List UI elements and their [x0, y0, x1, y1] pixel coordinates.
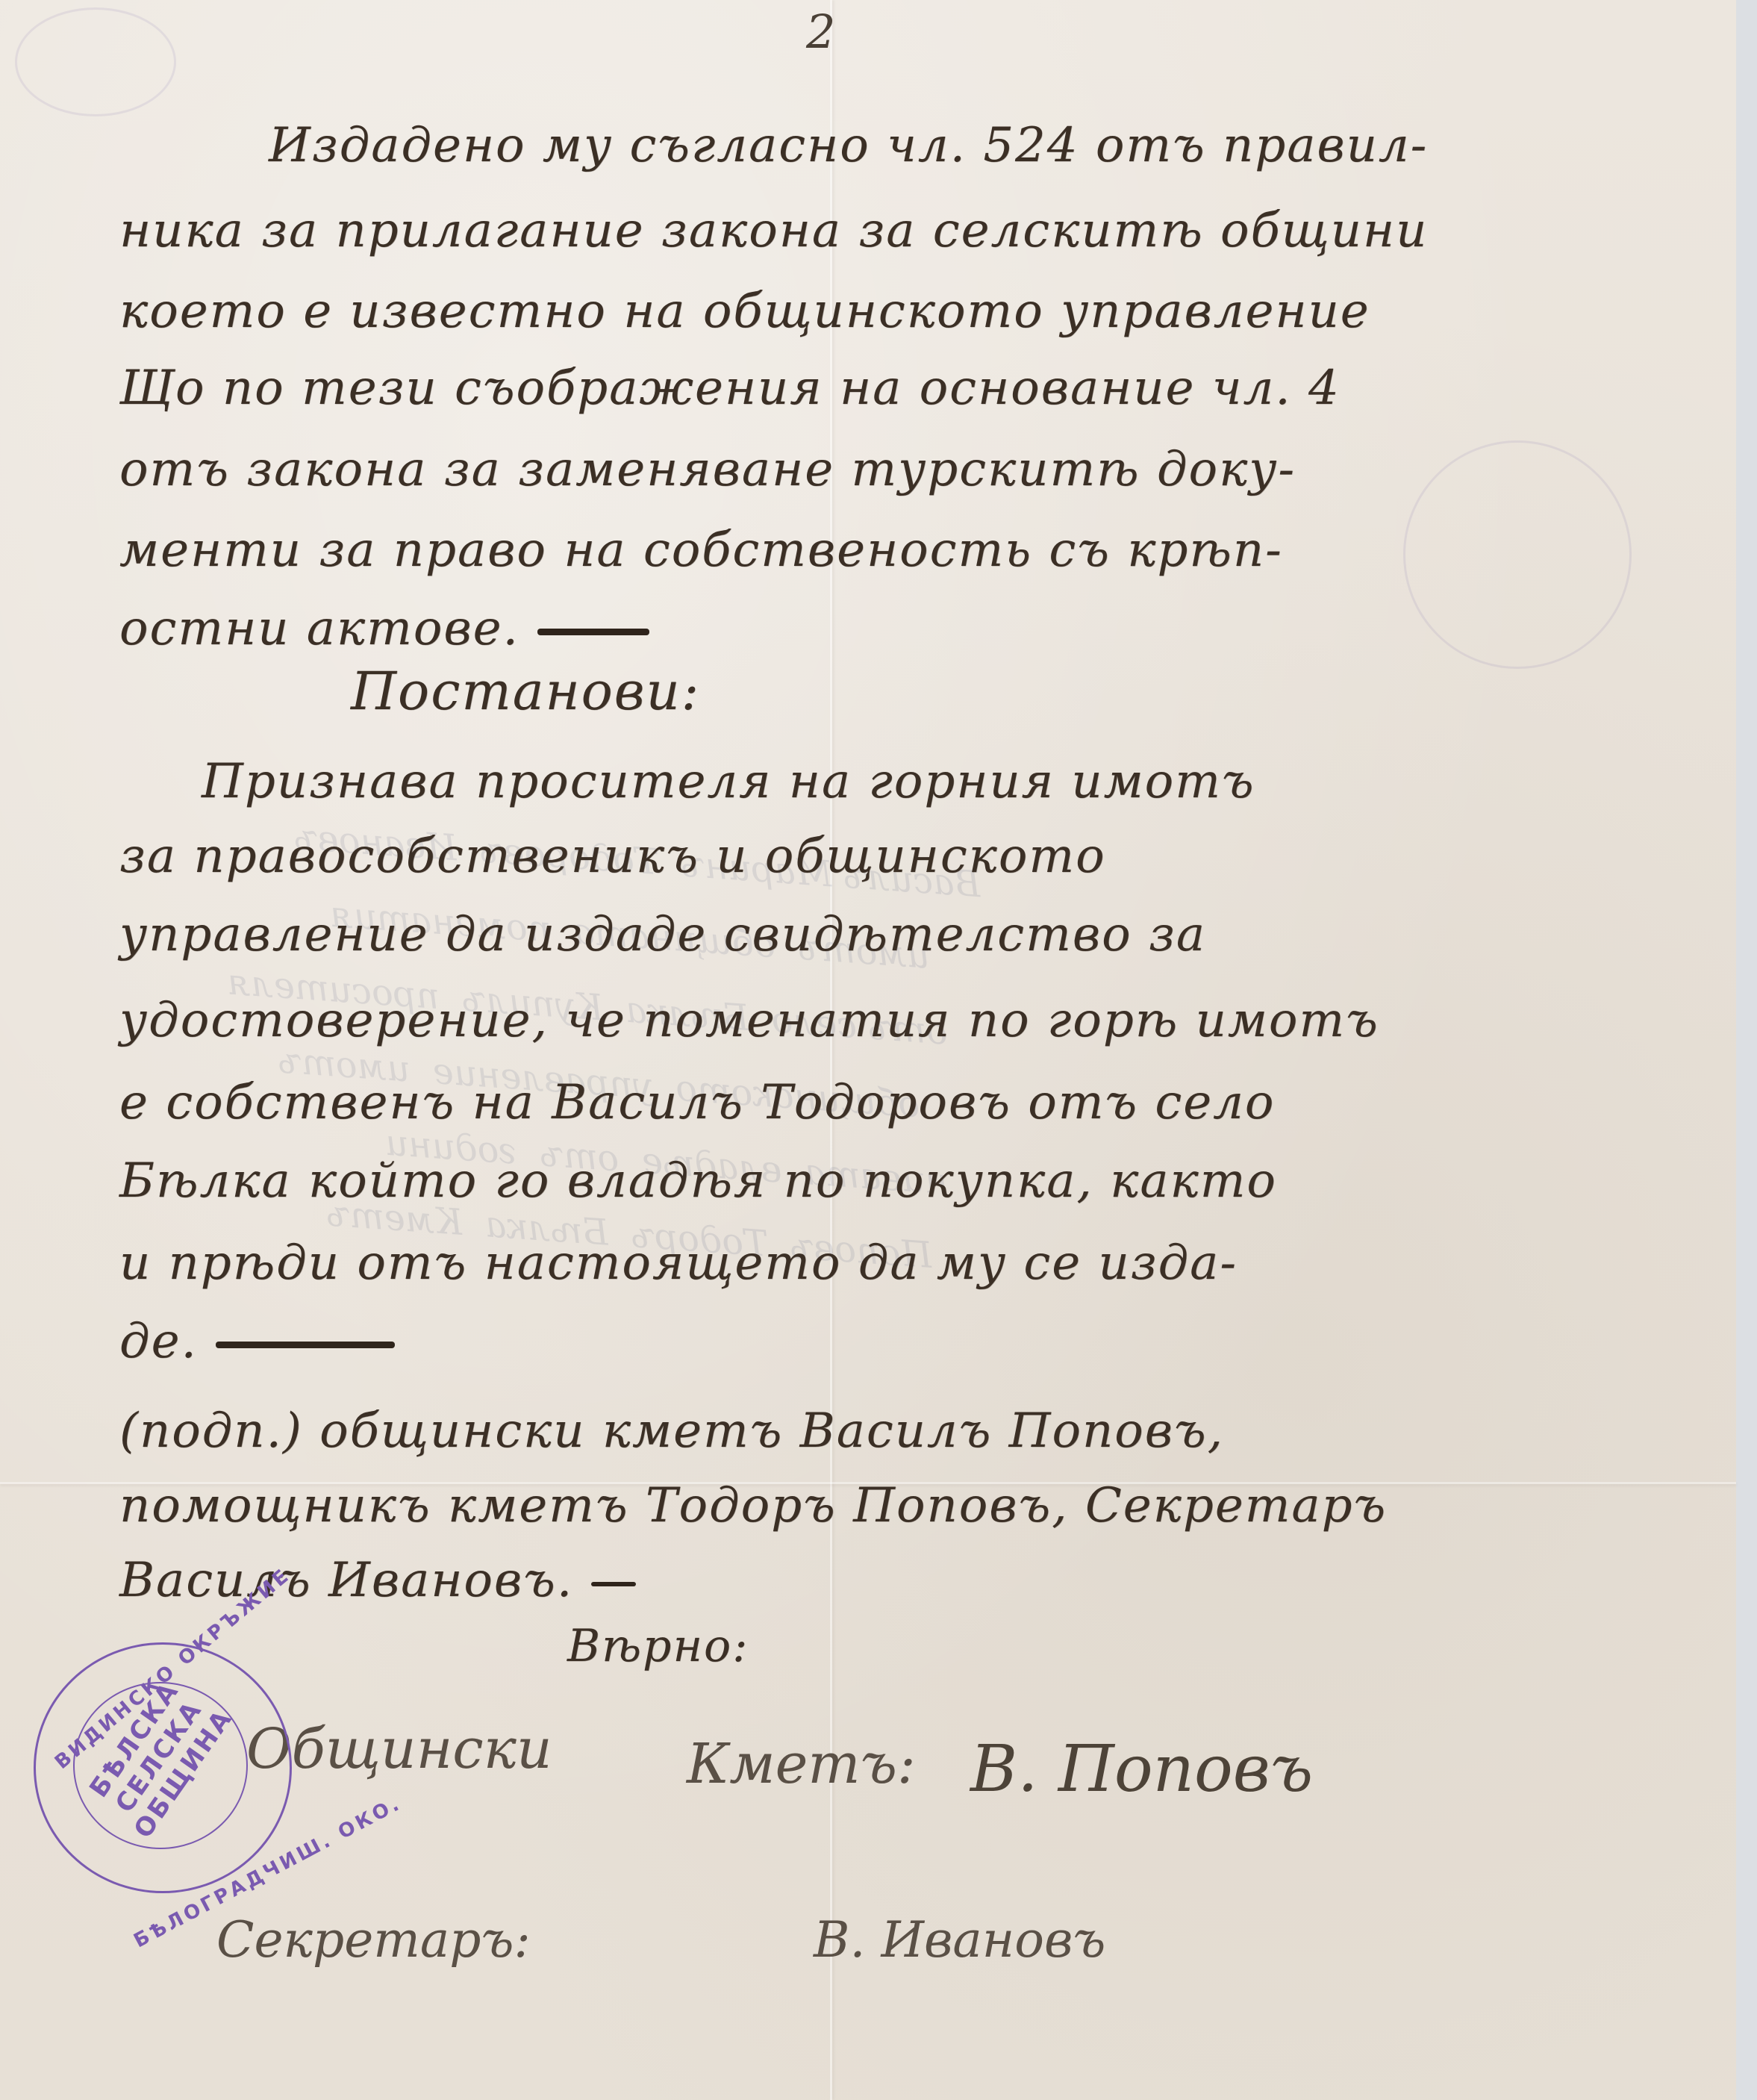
closing-dash-3: [591, 1582, 636, 1586]
mayor-title: Кметъ:: [687, 1732, 916, 1796]
text-line-7-text: остни актове.: [119, 601, 519, 656]
resolution-line-3: управление да издаде свидѣтелство за: [119, 907, 1206, 962]
resolution-line-5: е собственъ на Василъ Тодоровъ отъ село: [119, 1075, 1275, 1130]
text-line-6: менти за право на собственость съ крѣп-: [119, 523, 1283, 578]
secretary-signature: В. Ивановъ: [814, 1911, 1105, 1969]
secretary-title: Секретаръ:: [216, 1911, 531, 1969]
resolution-line-7: и прѣди отъ настоящето да му се изда-: [119, 1236, 1238, 1291]
text-line-7: остни актове.: [119, 601, 649, 656]
text-line-1: Издадено му съгласно чл. 524 отъ правил-: [269, 118, 1428, 173]
mayor-signature: В. Поповъ: [970, 1732, 1313, 1807]
resolution-line-6: Бѣлка който го владѣя по покупка, както: [119, 1153, 1277, 1209]
municipal-stamp: ВИДИНСКО ОКРЪЖИЕ БѢЛОГРАДЧИШ. ОКО. БѢЛСК…: [34, 1642, 292, 1893]
resolution-line-4: удостоверение, че поменатия по горѣ имот…: [119, 993, 1379, 1048]
resolution-line-1: Признава просителя на горния имотъ: [202, 754, 1255, 809]
resolution-line-2: за правособственикъ и общинското: [119, 829, 1106, 884]
text-line-5: отъ закона за заменяване турскитѣ доку-: [119, 442, 1296, 497]
faded-stamp-impression-top: [15, 7, 176, 116]
text-line-2: ника за прилагание закона за селскитѣ об…: [119, 203, 1428, 258]
signatories-line-2: помощникъ кметъ Тодоръ Поповъ, Секретаръ: [119, 1478, 1387, 1533]
closing-dash-2: [216, 1342, 395, 1348]
page-number: 2: [806, 4, 835, 59]
faded-stamp-impression: [1403, 440, 1632, 669]
certification-label: Вѣрно:: [567, 1620, 749, 1672]
signatories-line-1: (подп.) общински кметъ Василъ Поповъ,: [119, 1403, 1224, 1459]
resolution-line-8-text: де.: [119, 1314, 198, 1369]
resolution-line-8: де.: [119, 1314, 395, 1369]
text-line-3: което е известно на общинското управлени…: [119, 284, 1370, 339]
document-page: Василъ Маринъ Тодоровъ Ивановъ имотъ общ…: [0, 0, 1736, 2100]
signatories-line-3-text: Василъ Ивановъ.: [119, 1553, 573, 1608]
text-line-4: Що по тези съображения на основание чл. …: [119, 361, 1341, 416]
closing-dash: [537, 629, 649, 635]
mayor-prefix: Общински: [246, 1717, 552, 1781]
signatories-line-3: Василъ Ивановъ.: [119, 1553, 636, 1608]
resolution-heading: Постанови:: [351, 661, 700, 722]
